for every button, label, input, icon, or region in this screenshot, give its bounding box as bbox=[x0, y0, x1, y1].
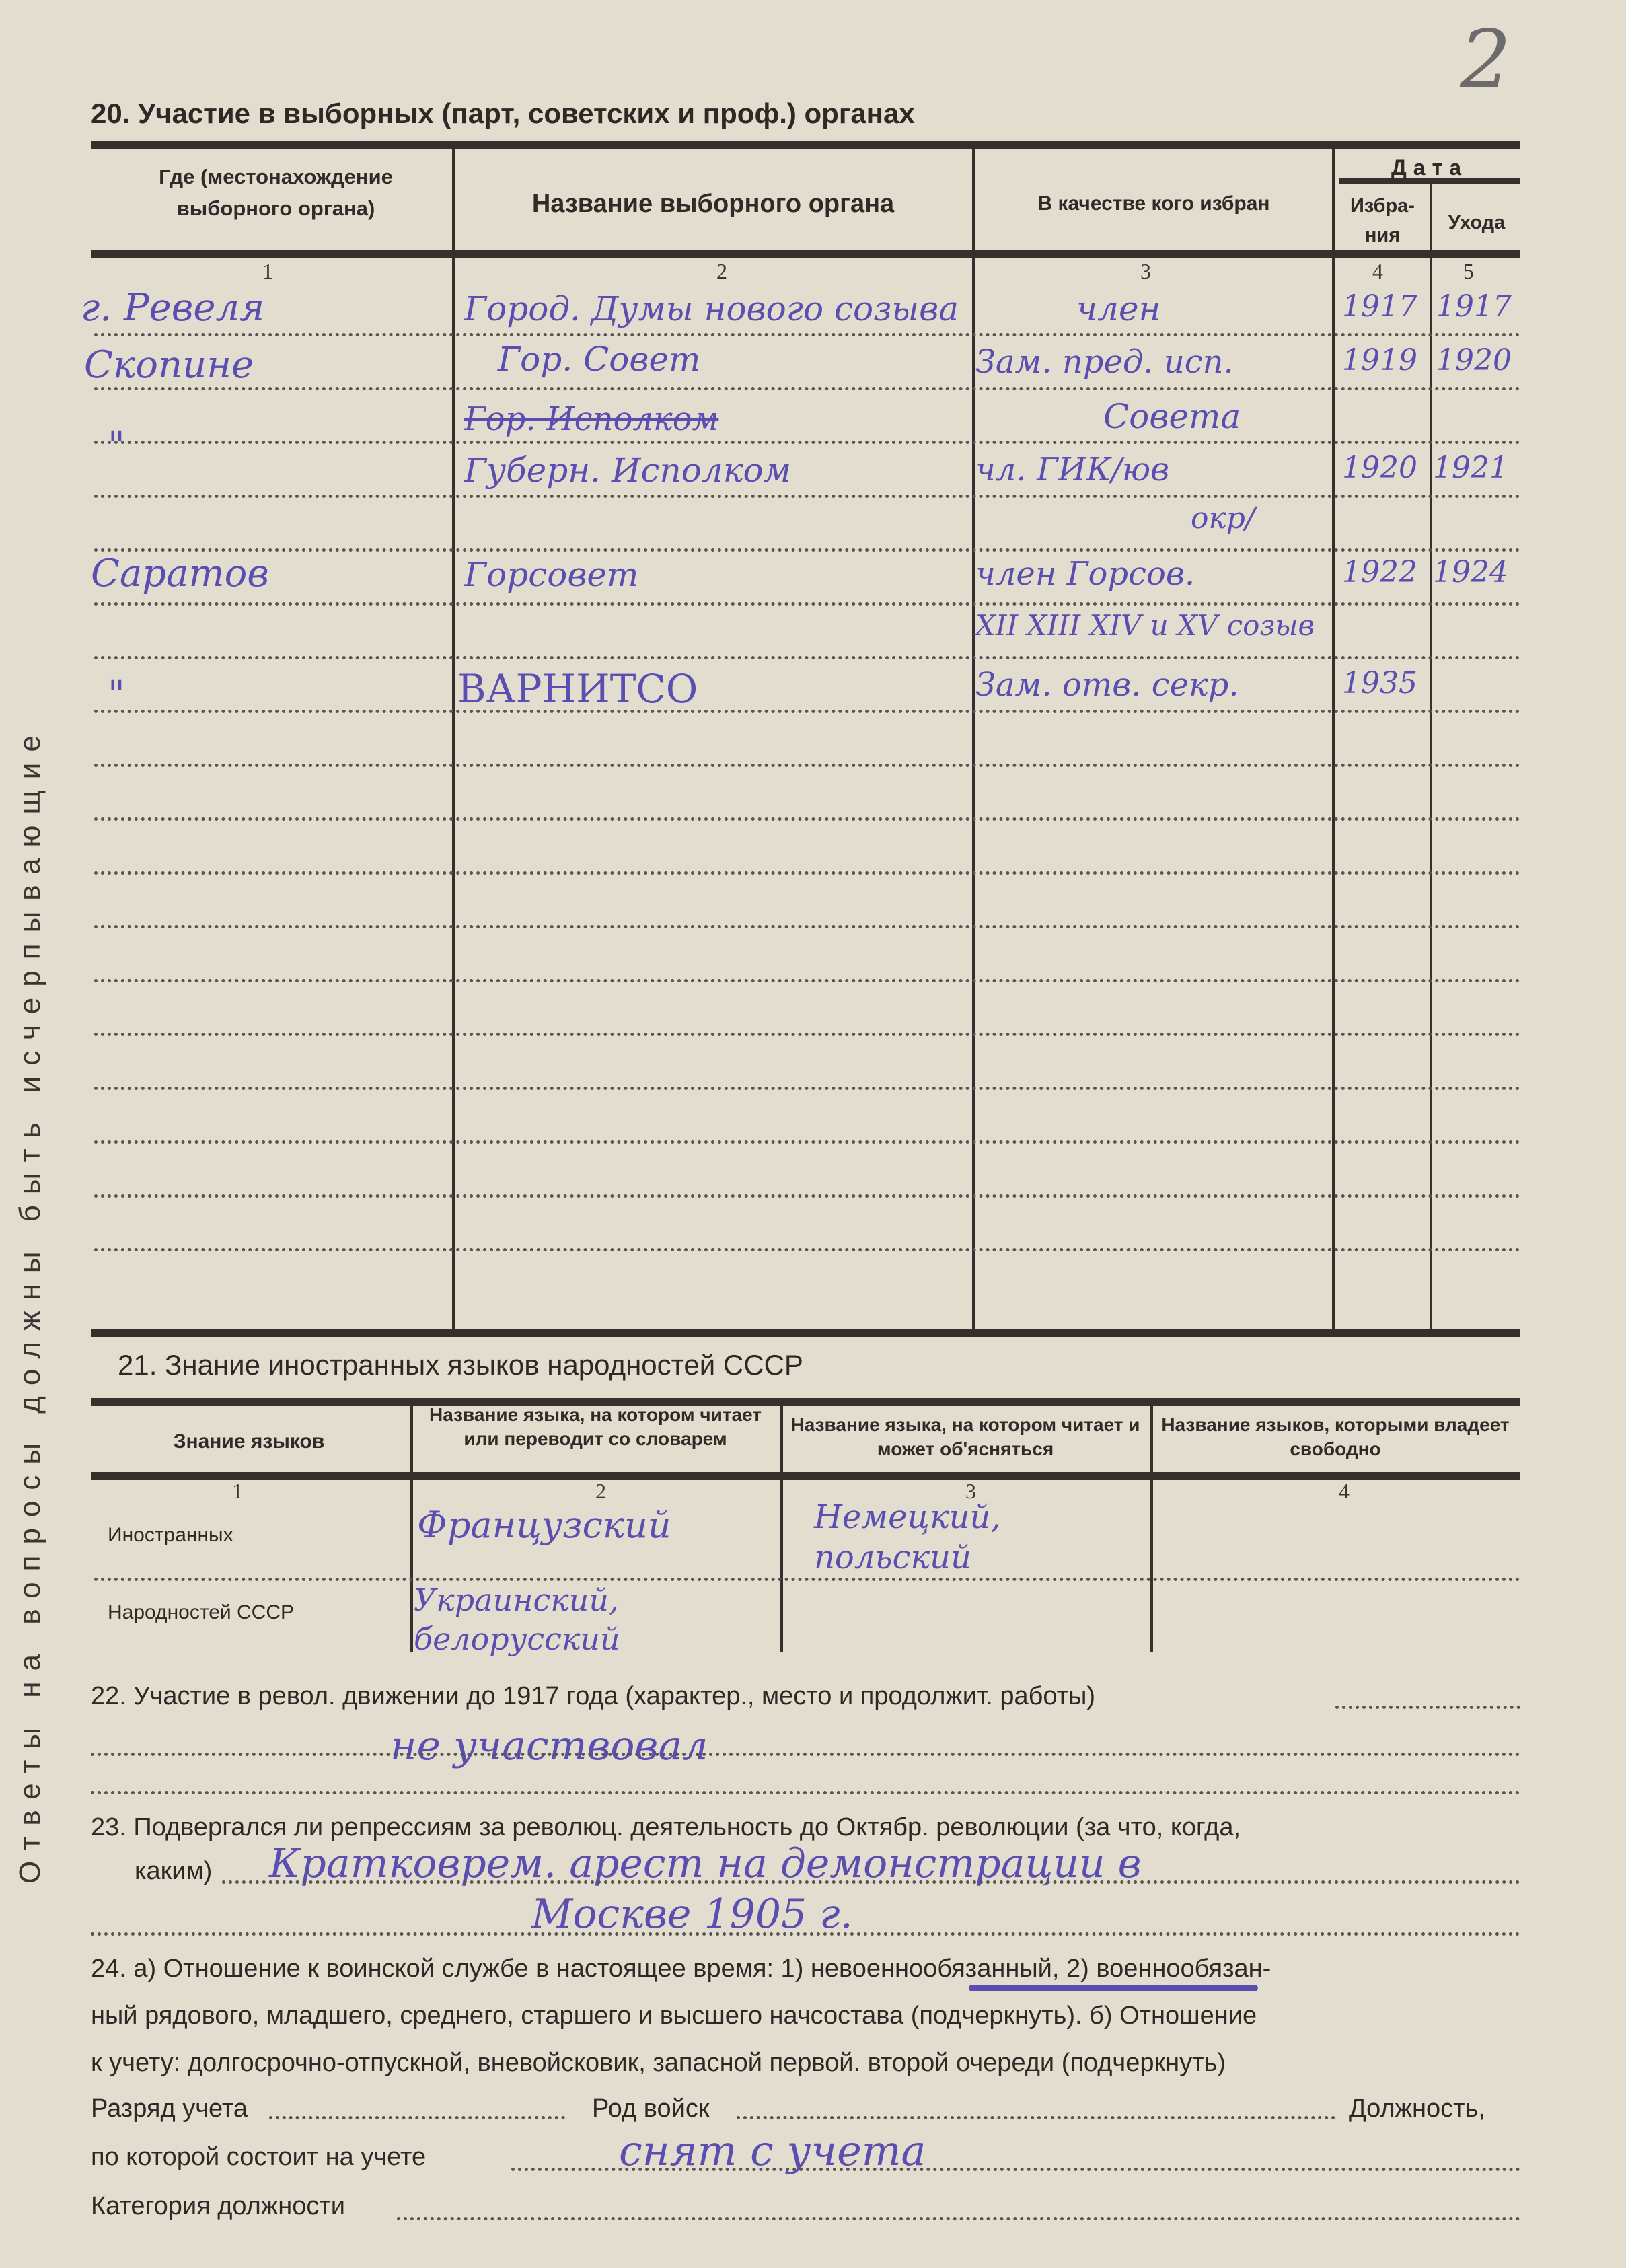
cell-left: 1924 bbox=[1433, 555, 1508, 589]
registered-label: по которой состоит на учете bbox=[91, 2143, 426, 2172]
row-line bbox=[94, 1194, 1520, 1198]
answer-line bbox=[1335, 1706, 1520, 1709]
underline-mark-nonliable bbox=[969, 1985, 1258, 1991]
cell-reads-dictionary: Украинский, белорусский bbox=[414, 1581, 777, 1658]
row-label: Народностей СССР bbox=[108, 1601, 294, 1624]
section-21-title: 21. Знание иностранных языков народносте… bbox=[118, 1349, 803, 1381]
col-num-2: 2 bbox=[595, 1479, 606, 1504]
category-label: Категория должности bbox=[91, 2192, 345, 2221]
header-role: В качестве кого избран bbox=[982, 188, 1325, 219]
section-23-answer-2: Москве 1905 г. bbox=[531, 1891, 853, 1938]
cell-name: Город. Думы нового созыва bbox=[464, 289, 959, 328]
row-line bbox=[94, 1087, 1520, 1090]
header-where: Где (местонахождение выборного органа) bbox=[128, 161, 424, 224]
answer-line bbox=[91, 1932, 1520, 1936]
rank-label: Разряд учета bbox=[91, 2094, 248, 2123]
table-border-top bbox=[91, 141, 1520, 149]
category-field bbox=[397, 2217, 1520, 2220]
cell-role: Зам. отв. секр. bbox=[975, 666, 1239, 704]
row-line bbox=[94, 333, 1520, 336]
row-line bbox=[94, 871, 1520, 875]
section-24-line-2: ный рядового, младшего, среднего, старше… bbox=[91, 2002, 1257, 2031]
cell-role: Совета bbox=[1103, 397, 1241, 436]
page-number: 2 bbox=[1460, 13, 1511, 107]
row-line bbox=[94, 925, 1520, 928]
row-line bbox=[94, 764, 1520, 767]
cell-where: Скопине bbox=[84, 343, 254, 387]
table-border-bottom bbox=[91, 1329, 1520, 1337]
row-line bbox=[94, 817, 1520, 821]
cell-role: Зам. пред. исп. bbox=[975, 343, 1234, 381]
cell-role: окр/ bbox=[1191, 501, 1255, 536]
cell-reads-dictionary: Французский bbox=[417, 1504, 671, 1546]
rank-field bbox=[269, 2116, 565, 2119]
section-23-label-2: каким) bbox=[135, 1857, 212, 1886]
row-line bbox=[94, 1578, 1520, 1581]
answer-line bbox=[91, 1753, 1520, 1756]
cell-role: чл. ГИК/юв bbox=[975, 451, 1169, 488]
cell-elected: 1920 bbox=[1342, 451, 1417, 485]
cell-left: 1917 bbox=[1436, 289, 1512, 324]
row-line bbox=[94, 548, 1520, 552]
row-label: Иностранных bbox=[108, 1524, 233, 1547]
position-label: Должность, bbox=[1349, 2094, 1485, 2123]
cell-left: 1921 bbox=[1433, 451, 1508, 485]
col-divider-3 bbox=[1150, 1403, 1153, 1652]
header-border-bottom bbox=[91, 1472, 1520, 1480]
cell-elected: 1917 bbox=[1342, 289, 1417, 324]
header-elected: Избра-ния bbox=[1335, 192, 1430, 250]
col-divider-2 bbox=[972, 149, 975, 1330]
answer-line bbox=[222, 1880, 1520, 1884]
col-num-2: 2 bbox=[716, 259, 727, 284]
row-line bbox=[94, 495, 1520, 498]
cell-elected: 1922 bbox=[1342, 555, 1417, 589]
header-fluent: Название языков, которыми владеет свобод… bbox=[1157, 1413, 1514, 1462]
cell-role: член Горсов. bbox=[975, 555, 1195, 593]
row-line bbox=[94, 441, 1520, 444]
col-divider-2 bbox=[780, 1403, 783, 1652]
cell-elected: 1919 bbox=[1342, 343, 1417, 377]
row-line bbox=[94, 710, 1520, 713]
header-border-bottom bbox=[91, 250, 1520, 258]
cell-where: г. Ревеля bbox=[81, 286, 264, 330]
cell-where: " bbox=[108, 673, 125, 717]
cell-left: 1920 bbox=[1436, 343, 1512, 377]
row-line bbox=[94, 1140, 1520, 1144]
cell-name: Гор. Совет bbox=[498, 340, 700, 379]
row-line bbox=[94, 1033, 1520, 1036]
cell-name: ВАРНИТСО bbox=[457, 666, 698, 712]
col-num-3: 3 bbox=[1140, 259, 1151, 284]
cell-role: XII XIII XIV и XV созыв bbox=[975, 609, 1315, 642]
col-divider-1 bbox=[410, 1403, 413, 1652]
side-note: Ответы на вопросы должны быть исчерпываю… bbox=[13, 538, 47, 1884]
branch-label: Род войск bbox=[592, 2094, 709, 2123]
row-line bbox=[94, 656, 1520, 659]
col-divider-1 bbox=[452, 149, 455, 1330]
col-num-4: 4 bbox=[1372, 259, 1383, 284]
col-divider-4 bbox=[1430, 183, 1432, 1330]
cell-role: член bbox=[1076, 289, 1160, 328]
header-reads-speaks: Название языка, на котором читает и може… bbox=[787, 1413, 1144, 1462]
branch-field bbox=[737, 2116, 1335, 2119]
row-line bbox=[94, 602, 1520, 606]
section-24-line-1: 24. а) Отношение к воинской службе в нас… bbox=[91, 1954, 1271, 1983]
cell-name-struck: Гор. Исполком bbox=[464, 400, 718, 438]
cell-where: Саратов bbox=[91, 552, 269, 595]
section-20-title: 20. Участие в выборных (парт, советских … bbox=[91, 98, 915, 130]
row-line bbox=[94, 1248, 1520, 1251]
section-24-line-3: к учету: долгосрочно-отпускной, вневойск… bbox=[91, 2049, 1226, 2078]
header-knowledge: Знание языков bbox=[94, 1426, 404, 1457]
registered-field bbox=[511, 2168, 1520, 2171]
answer-line bbox=[91, 1791, 1520, 1794]
cell-name: Горсовет bbox=[464, 555, 638, 594]
cell-reads-speaks: Немецкий, польский bbox=[814, 1497, 1117, 1578]
col-num-4: 4 bbox=[1339, 1479, 1350, 1504]
col-divider-3 bbox=[1332, 149, 1335, 1330]
col-num-1: 1 bbox=[262, 259, 273, 284]
section-23-label: 23. Подвергался ли репрессиям за революц… bbox=[91, 1813, 1241, 1842]
cell-name: Губерн. Исполком bbox=[464, 451, 791, 490]
table-border-top bbox=[91, 1398, 1520, 1406]
row-line bbox=[94, 979, 1520, 982]
header-left: Ухода bbox=[1433, 209, 1520, 238]
header-reads-dictionary: Название языка, на котором читает или пе… bbox=[417, 1403, 774, 1452]
section-22-label: 22. Участие в револ. движении до 1917 го… bbox=[91, 1682, 1095, 1711]
cell-where: " bbox=[108, 424, 125, 468]
header-date: Дата bbox=[1339, 151, 1520, 184]
col-num-1: 1 bbox=[232, 1479, 243, 1504]
header-name: Название выборного органа bbox=[464, 185, 962, 223]
section-22-answer: не участвовал bbox=[390, 1722, 708, 1769]
cell-elected: 1935 bbox=[1342, 666, 1417, 700]
col-num-5: 5 bbox=[1463, 259, 1474, 284]
row-line bbox=[94, 387, 1520, 390]
